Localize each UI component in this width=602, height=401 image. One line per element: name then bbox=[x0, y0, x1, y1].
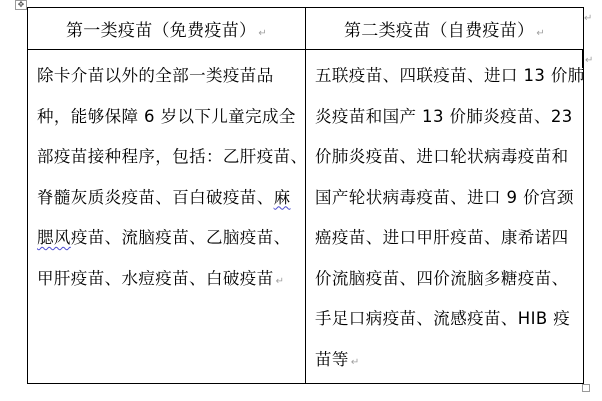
paragraph-mark-icon: ↵ bbox=[351, 357, 360, 368]
text-cursor bbox=[582, 50, 583, 68]
table-resize-handle-icon[interactable] bbox=[582, 384, 590, 392]
text-segment: 苗等 bbox=[315, 350, 349, 369]
text-line: 脊髓灰质炎疫苗、百白破疫苗、麻 bbox=[37, 178, 297, 219]
header-cell-category-2[interactable]: 第二类疫苗（自费疫苗）↵ bbox=[306, 8, 584, 50]
text-segment: 甲肝疫苗、水痘疫苗、白破疫苗 bbox=[37, 269, 274, 288]
paragraph-mark-icon: ↵ bbox=[536, 28, 545, 39]
text-line: 炎疫苗和国产 13 价肺炎疫苗、23 bbox=[315, 97, 575, 138]
text-line: 国产轮状病毒疫苗、进口 9 价宫颈 bbox=[315, 178, 575, 219]
body-row: 除卡介苗以外的全部一类疫苗品 种，能够保障 6 岁以下儿童完成全 部疫苗接种程序… bbox=[28, 50, 584, 384]
header-label: 第二类疫苗（自费疫苗） bbox=[344, 21, 534, 41]
row-end-mark-icon: ↵ bbox=[585, 55, 593, 66]
text-line: 腮风疫苗、流脑疫苗、乙脑疫苗、 bbox=[37, 218, 297, 259]
paragraph-mark-icon: ↵ bbox=[276, 276, 285, 287]
row-end-mark-icon: ↵ bbox=[584, 13, 592, 24]
vaccine-table: 第一类疫苗（免费疫苗）↵ 第二类疫苗（自费疫苗）↵ 除卡介苗以外的全部一类疫苗品… bbox=[27, 7, 584, 384]
cell-paid-vaccines[interactable]: 五联疫苗、四联疫苗、进口 13 价肺 炎疫苗和国产 13 价肺炎疫苗、23 价肺… bbox=[306, 50, 584, 384]
paragraph-mark-icon: ↵ bbox=[258, 28, 267, 39]
text-line: 甲肝疫苗、水痘疫苗、白破疫苗↵ bbox=[37, 259, 297, 303]
text-segment: 疫苗、流脑疫苗、乙脑疫苗、 bbox=[71, 228, 291, 247]
text-line: 五联疫苗、四联疫苗、进口 13 价肺 bbox=[315, 56, 575, 97]
spellcheck-underlined-word[interactable]: 麻 bbox=[274, 188, 291, 207]
text-line: 种，能够保障 6 岁以下儿童完成全 bbox=[37, 97, 297, 138]
text-line: 部疫苗接种程序，包括：乙肝疫苗、 bbox=[37, 137, 297, 178]
text-segment: 脊髓灰质炎疫苗、百白破疫苗、 bbox=[37, 188, 274, 207]
header-row: 第一类疫苗（免费疫苗）↵ 第二类疫苗（自费疫苗）↵ bbox=[28, 8, 584, 50]
spellcheck-underlined-word[interactable]: 腮风 bbox=[37, 228, 71, 247]
header-cell-category-1[interactable]: 第一类疫苗（免费疫苗）↵ bbox=[28, 8, 306, 50]
text-line: 苗等↵ bbox=[315, 340, 575, 384]
text-line: 癌疫苗、进口甲肝疫苗、康希诺四 bbox=[315, 218, 575, 259]
text-line: 价肺炎疫苗、进口轮状病毒疫苗和 bbox=[315, 137, 575, 178]
text-line: 手足口病疫苗、流感疫苗、HIB 疫 bbox=[315, 299, 575, 340]
cell-free-vaccines[interactable]: 除卡介苗以外的全部一类疫苗品 种，能够保障 6 岁以下儿童完成全 部疫苗接种程序… bbox=[28, 50, 306, 384]
table-move-handle-icon[interactable]: ✥ bbox=[15, 0, 27, 10]
text-line: 价流脑疫苗、四价流脑多糖疫苗、 bbox=[315, 259, 575, 300]
header-label: 第一类疫苗（免费疫苗） bbox=[66, 21, 256, 41]
text-line: 除卡介苗以外的全部一类疫苗品 bbox=[37, 56, 297, 97]
